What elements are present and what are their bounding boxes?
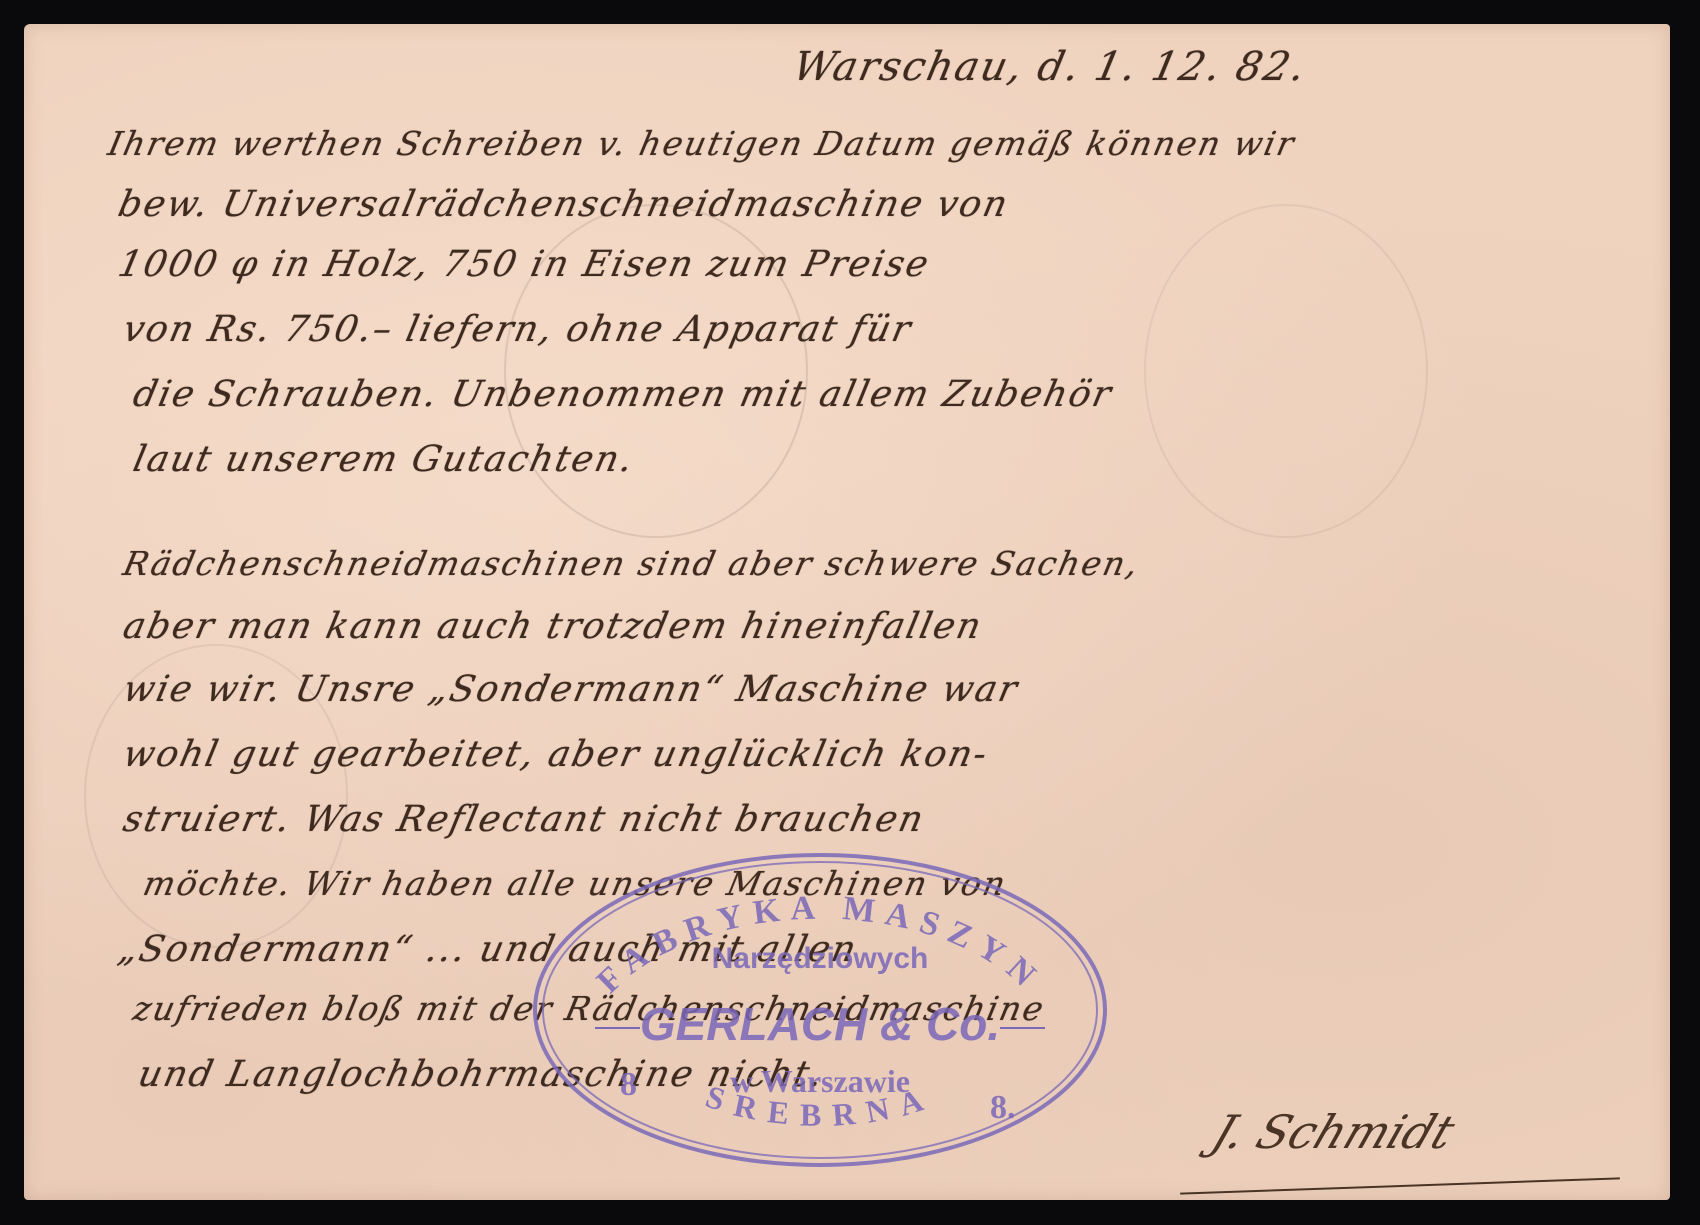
stamp-line-1: Narzędziowych xyxy=(712,942,929,975)
dateline: Warschau, d. 1. 12. 82. xyxy=(789,44,1311,90)
stamp-number-left: 8 xyxy=(620,1066,637,1103)
text-line: 1000 φ in Holz, 750 in Eisen zum Preise xyxy=(115,244,934,285)
signature: J. Schmidt xyxy=(1205,1105,1462,1159)
text-line: von Rs. 750.– liefern, ohne Apparat für xyxy=(120,309,916,350)
faded-postmark xyxy=(1144,204,1428,538)
text-line: Rädchenschneidmaschinen sind aber schwer… xyxy=(120,544,1144,583)
text-line: bew. Universalrädchenschneidmaschine von xyxy=(115,184,1013,225)
text-line: aber man kann auch trotzdem hineinfallen xyxy=(120,606,987,647)
company-oval-stamp: FABRYKA MASZYN Narzędziowych GERLACH & C… xyxy=(520,840,1120,1170)
text-line: die Schrauben. Unbenommen mit allem Zube… xyxy=(130,374,1117,415)
stamp-number-right: 8. xyxy=(990,1089,1016,1126)
text-line: struiert. Was Reflectant nicht brauchen xyxy=(120,799,929,840)
stamp-line-2: GERLACH & Co. xyxy=(640,998,1000,1050)
text-line: laut unserem Gutachten. xyxy=(130,439,639,480)
text-line: wie wir. Unsre „Sondermann“ Maschine war xyxy=(120,669,1023,710)
text-line: wohl gut gearbeitet, aber unglücklich ko… xyxy=(120,734,993,775)
text-line: Ihrem werthen Schreiben v. heutigen Datu… xyxy=(105,124,1299,163)
